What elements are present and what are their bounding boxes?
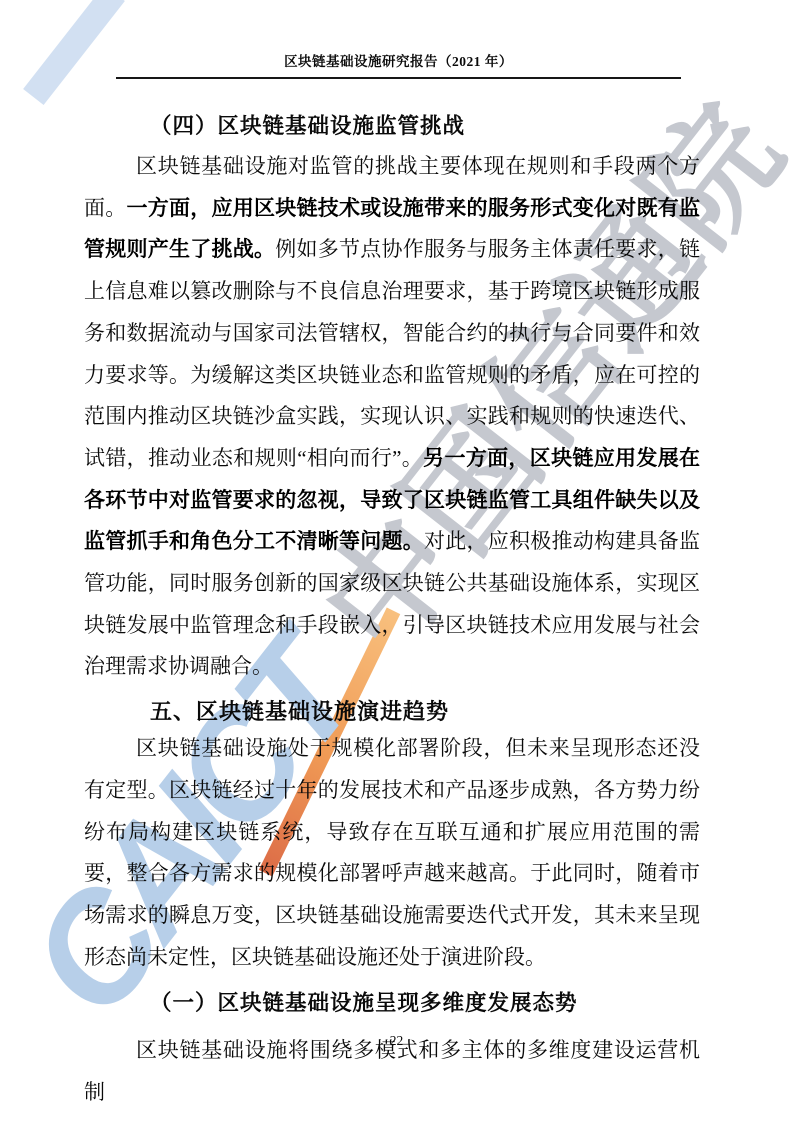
body-text-run: 例如多节点协作服务与服务主体责任要求，链上信息难以篡改删除与不良信息治理要求，基… (84, 237, 700, 470)
body-column: （四）区块链基础设施监管挑战 区块链基础设施对监管的挑战主要体现在规则和手段两个… (84, 96, 700, 1114)
paragraph-regulation-challenge: 区块链基础设施对监管的挑战主要体现在规则和手段两个方面。一方面，应用区块链技术或… (84, 146, 700, 688)
page-footer: 22 (0, 1033, 793, 1049)
paragraph-evolution-trend: 区块链基础设施处于规模化部署阶段，但未来呈现形态还没有定型。区块链经过十年的发展… (84, 728, 700, 978)
page-header: 区块链基础设施研究报告（2021 年） (116, 50, 681, 79)
report-title: 区块链基础设施研究报告（2021 年） (284, 54, 513, 69)
section-heading-4: （四）区块链基础设施监管挑战 (84, 111, 700, 141)
document-content: 区块链基础设施研究报告（2021 年） （四）区块链基础设施监管挑战 区块链基础… (0, 0, 793, 1122)
section-heading-5: 五、区块链基础设施演进趋势 (84, 696, 700, 728)
body-text-run: 区块链基础设施处于规模化部署阶段，但未来呈现形态还没有定型。区块链经过十年的发展… (84, 736, 700, 969)
page-number: 22 (390, 1033, 404, 1048)
document-page: CAICT中国信通院 区块链基础设施研究报告（2021 年） （四）区块链基础设… (0, 0, 793, 1122)
section-heading-5-1: （一）区块链基础设施呈现多维度发展态势 (84, 988, 700, 1018)
